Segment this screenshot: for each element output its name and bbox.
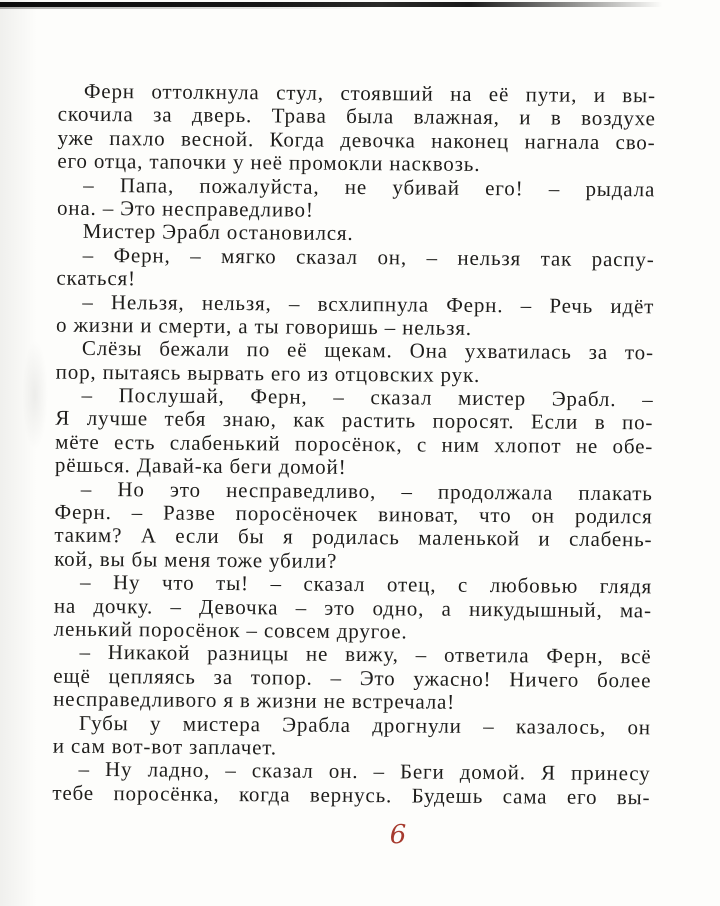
page-number: 6 [378, 820, 418, 850]
scan-edge-line [0, 2, 690, 7]
page-edge-smudge [22, 340, 48, 450]
book-text-block: Ферн оттолкнула стул, стоявший на её пут… [52, 80, 656, 810]
text-line: – Ферн, – мягко сказал он, – нельзя так … [57, 243, 655, 271]
text-line: тебе поросёнка, когда вернусь. Будешь са… [52, 781, 650, 809]
page-left-shadow [0, 0, 46, 906]
